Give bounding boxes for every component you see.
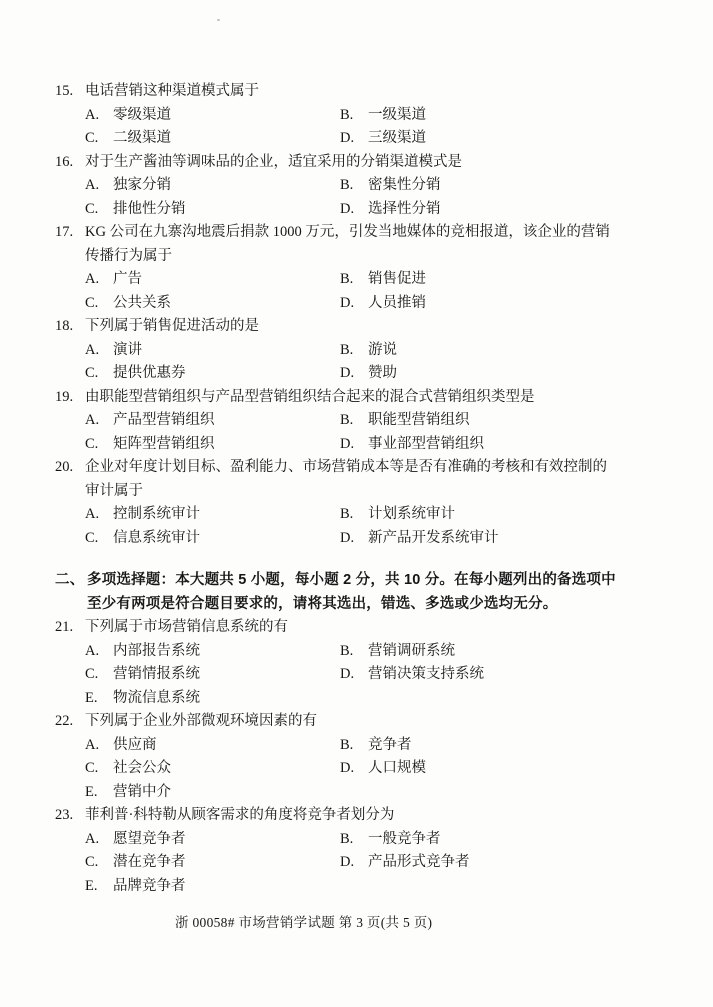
option-a: A.独家分销 (85, 174, 340, 198)
option-text: 计划系统审计 (368, 503, 675, 527)
option-b: B.密集性分销 (340, 174, 675, 198)
question-text: 企业对年度计划目标、盈利能力、市场营销成本等是否有准确的考核和有效控制的 (85, 456, 675, 480)
option-text: 赞助 (368, 362, 675, 386)
option-text: 销售促进 (368, 268, 675, 292)
question-line: 18. 下列属于销售促进活动的是 (55, 315, 675, 339)
option-d: D.事业部型营销组织 (340, 433, 675, 457)
scan-artifact (217, 19, 220, 21)
option-e: E.物流信息系统 (85, 687, 340, 711)
option-list: A.愿望竞争者 B.一般竞争者 C.潜在竞争者 D.产品形式竞争者 E.品牌竞争… (85, 828, 675, 899)
option-label: B. (340, 339, 368, 363)
option-label: A. (85, 409, 113, 433)
option-c: C.矩阵型营销组织 (85, 433, 340, 457)
option-label: D. (340, 663, 368, 687)
exam-page: 15. 电话营销这种渠道模式属于 A.零级渠道 B.一级渠道 C.二级渠道 D.… (0, 0, 713, 1007)
option-a: A.控制系统审计 (85, 503, 340, 527)
option-b: B.竞争者 (340, 734, 675, 758)
question-text: 下列属于企业外部微观环境因素的有 (85, 710, 675, 734)
question-number: 21. (55, 616, 85, 640)
question-22: 22. 下列属于企业外部微观环境因素的有 A.供应商 B.竞争者 C.社会公众 … (55, 710, 675, 804)
option-label: E. (85, 687, 113, 711)
option-a: A.内部报告系统 (85, 640, 340, 664)
option-c: C.社会公众 (85, 757, 340, 781)
option-label: B. (340, 503, 368, 527)
page-footer: 浙 00058# 市场营销学试题 第 3 页(共 5 页) (175, 911, 432, 935)
question-text: 对于生产酱油等调味品的企业，适宜采用的分销渠道模式是 (85, 151, 675, 175)
question-text: 由职能型营销组织与产品型营销组织结合起来的混合式营销组织类型是 (85, 386, 675, 410)
question-number: 19. (55, 386, 85, 410)
option-e: E.品牌竞争者 (85, 875, 340, 899)
option-d: D.产品形式竞争者 (340, 851, 675, 875)
option-label: C. (85, 663, 113, 687)
option-label: A. (85, 174, 113, 198)
question-line: 16. 对于生产酱油等调味品的企业，适宜采用的分销渠道模式是 (55, 151, 675, 175)
question-line: 23. 菲利普·科特勒从顾客需求的角度将竞争者划分为 (55, 804, 675, 828)
question-line: 20. 企业对年度计划目标、盈利能力、市场营销成本等是否有准确的考核和有效控制的 (55, 456, 675, 480)
question-23: 23. 菲利普·科特勒从顾客需求的角度将竞争者划分为 A.愿望竞争者 B.一般竞… (55, 804, 675, 898)
option-label: D. (340, 527, 368, 551)
option-d: D.人口规模 (340, 757, 675, 781)
option-label: A. (85, 339, 113, 363)
option-text: 愿望竞争者 (113, 828, 340, 852)
section-heading: 二、 多项选择题：本大题共 5 小题，每小题 2 分，共 10 分。在每小题列出… (55, 569, 675, 616)
option-text: 演讲 (113, 339, 340, 363)
option-text: 三级渠道 (368, 127, 675, 151)
option-text: 公共关系 (113, 292, 340, 316)
question-number: 20. (55, 456, 85, 480)
option-text: 竞争者 (368, 734, 675, 758)
option-text: 营销情报系统 (113, 663, 340, 687)
option-text: 营销调研系统 (368, 640, 675, 664)
option-list: A.产品型营销组织 B.职能型营销组织 C.矩阵型营销组织 D.事业部型营销组织 (85, 409, 675, 456)
option-text: 广告 (113, 268, 340, 292)
question-text: 菲利普·科特勒从顾客需求的角度将竞争者划分为 (85, 804, 675, 828)
option-e: E.营销中介 (85, 781, 340, 805)
option-b: B.职能型营销组织 (340, 409, 675, 433)
option-text: 营销决策支持系统 (368, 663, 675, 687)
question-number: 16. (55, 151, 85, 175)
option-label: B. (340, 174, 368, 198)
option-c: C.公共关系 (85, 292, 340, 316)
question-number: 15. (55, 80, 85, 104)
option-d: D.选择性分销 (340, 198, 675, 222)
option-text: 控制系统审计 (113, 503, 340, 527)
option-list: A.独家分销 B.密集性分销 C.排他性分销 D.选择性分销 (85, 174, 675, 221)
option-label: E. (85, 781, 113, 805)
option-text: 密集性分销 (368, 174, 675, 198)
option-d: D.新产品开发系统审计 (340, 527, 675, 551)
option-text: 营销中介 (113, 781, 340, 805)
option-b: B.销售促进 (340, 268, 675, 292)
question-15: 15. 电话营销这种渠道模式属于 A.零级渠道 B.一级渠道 C.二级渠道 D.… (55, 80, 675, 151)
option-label: D. (340, 757, 368, 781)
option-d: D.人员推销 (340, 292, 675, 316)
option-text: 人员推销 (368, 292, 675, 316)
option-text: 产品型营销组织 (113, 409, 340, 433)
option-a: A.零级渠道 (85, 104, 340, 128)
option-label: B. (340, 409, 368, 433)
question-text-continued: 审计属于 (55, 480, 675, 504)
option-text: 产品形式竞争者 (368, 851, 675, 875)
option-label: D. (340, 127, 368, 151)
section-number: 二、 (55, 569, 87, 593)
option-label: C. (85, 527, 113, 551)
question-19: 19. 由职能型营销组织与产品型营销组织结合起来的混合式营销组织类型是 A.产品… (55, 386, 675, 457)
option-c: C.排他性分销 (85, 198, 340, 222)
option-text: 排他性分销 (113, 198, 340, 222)
option-c: C.营销情报系统 (85, 663, 340, 687)
option-text: 社会公众 (113, 757, 340, 781)
option-label: E. (85, 875, 113, 899)
option-list: A.零级渠道 B.一级渠道 C.二级渠道 D.三级渠道 (85, 104, 675, 151)
option-text: 物流信息系统 (113, 687, 340, 711)
option-text: 独家分销 (113, 174, 340, 198)
question-line: 22. 下列属于企业外部微观环境因素的有 (55, 710, 675, 734)
question-number: 17. (55, 221, 85, 245)
option-label: D. (340, 292, 368, 316)
section-heading-text: 多项选择题：本大题共 5 小题，每小题 2 分，共 10 分。在每小题列出的备选… (87, 569, 675, 593)
question-text: 下列属于销售促进活动的是 (85, 315, 675, 339)
option-label: D. (340, 433, 368, 457)
question-line: 19. 由职能型营销组织与产品型营销组织结合起来的混合式营销组织类型是 (55, 386, 675, 410)
option-a: A.演讲 (85, 339, 340, 363)
option-c: C.二级渠道 (85, 127, 340, 151)
option-b: B.营销调研系统 (340, 640, 675, 664)
option-a: A.产品型营销组织 (85, 409, 340, 433)
question-20: 20. 企业对年度计划目标、盈利能力、市场营销成本等是否有准确的考核和有效控制的… (55, 456, 675, 550)
option-text: 人口规模 (368, 757, 675, 781)
option-label: C. (85, 851, 113, 875)
option-text: 二级渠道 (113, 127, 340, 151)
option-label: A. (85, 503, 113, 527)
option-text: 提供优惠券 (113, 362, 340, 386)
option-text: 一般竞争者 (368, 828, 675, 852)
option-label: C. (85, 757, 113, 781)
option-label: A. (85, 268, 113, 292)
option-d: D.赞助 (340, 362, 675, 386)
option-a: A.广告 (85, 268, 340, 292)
option-label: C. (85, 127, 113, 151)
option-label: A. (85, 104, 113, 128)
question-16: 16. 对于生产酱油等调味品的企业，适宜采用的分销渠道模式是 A.独家分销 B.… (55, 151, 675, 222)
option-b: B.游说 (340, 339, 675, 363)
option-label: A. (85, 828, 113, 852)
option-b: B.一级渠道 (340, 104, 675, 128)
option-text: 信息系统审计 (113, 527, 340, 551)
option-label: B. (340, 104, 368, 128)
option-list: A.内部报告系统 B.营销调研系统 C.营销情报系统 D.营销决策支持系统 E.… (85, 640, 675, 711)
option-text: 矩阵型营销组织 (113, 433, 340, 457)
question-21: 21. 下列属于市场营销信息系统的有 A.内部报告系统 B.营销调研系统 C.营… (55, 616, 675, 710)
option-text: 事业部型营销组织 (368, 433, 675, 457)
option-label: B. (340, 734, 368, 758)
option-d: D.营销决策支持系统 (340, 663, 675, 687)
option-label: A. (85, 734, 113, 758)
option-text: 潜在竞争者 (113, 851, 340, 875)
question-text-continued: 传播行为属于 (55, 245, 675, 269)
option-text: 内部报告系统 (113, 640, 340, 664)
option-text: 选择性分销 (368, 198, 675, 222)
question-18: 18. 下列属于销售促进活动的是 A.演讲 B.游说 C.提供优惠券 D.赞助 (55, 315, 675, 386)
option-label: C. (85, 362, 113, 386)
option-b: B.计划系统审计 (340, 503, 675, 527)
question-text: KG 公司在九寨沟地震后捐款 1000 万元，引发当地媒体的竞相报道，该企业的营… (85, 221, 675, 245)
option-list: A.广告 B.销售促进 C.公共关系 D.人员推销 (85, 268, 675, 315)
question-number: 23. (55, 804, 85, 828)
option-list: A.控制系统审计 B.计划系统审计 C.信息系统审计 D.新产品开发系统审计 (85, 503, 675, 550)
option-label: D. (340, 362, 368, 386)
option-a: A.供应商 (85, 734, 340, 758)
option-label: C. (85, 292, 113, 316)
option-text: 新产品开发系统审计 (368, 527, 675, 551)
exam-content: 15. 电话营销这种渠道模式属于 A.零级渠道 B.一级渠道 C.二级渠道 D.… (0, 0, 713, 898)
question-line: 21. 下列属于市场营销信息系统的有 (55, 616, 675, 640)
option-list: A.供应商 B.竞争者 C.社会公众 D.人口规模 E.营销中介 (85, 734, 675, 805)
question-number: 22. (55, 710, 85, 734)
option-b: B.一般竞争者 (340, 828, 675, 852)
option-text: 供应商 (113, 734, 340, 758)
option-label: B. (340, 828, 368, 852)
question-line: 17. KG 公司在九寨沟地震后捐款 1000 万元，引发当地媒体的竞相报道，该… (55, 221, 675, 245)
option-label: B. (340, 640, 368, 664)
option-a: A.愿望竞争者 (85, 828, 340, 852)
option-label: D. (340, 198, 368, 222)
option-c: C.信息系统审计 (85, 527, 340, 551)
question-text: 下列属于市场营销信息系统的有 (85, 616, 675, 640)
option-text: 职能型营销组织 (368, 409, 675, 433)
option-d: D.三级渠道 (340, 127, 675, 151)
option-label: D. (340, 851, 368, 875)
option-label: C. (85, 433, 113, 457)
option-c: C.潜在竞争者 (85, 851, 340, 875)
option-text: 零级渠道 (113, 104, 340, 128)
option-text: 游说 (368, 339, 675, 363)
option-text: 一级渠道 (368, 104, 675, 128)
option-c: C.提供优惠券 (85, 362, 340, 386)
option-label: B. (340, 268, 368, 292)
option-list: A.演讲 B.游说 C.提供优惠券 D.赞助 (85, 339, 675, 386)
question-number: 18. (55, 315, 85, 339)
option-label: C. (85, 198, 113, 222)
option-label: A. (85, 640, 113, 664)
section-heading-line: 二、 多项选择题：本大题共 5 小题，每小题 2 分，共 10 分。在每小题列出… (55, 569, 675, 593)
question-17: 17. KG 公司在九寨沟地震后捐款 1000 万元，引发当地媒体的竞相报道，该… (55, 221, 675, 315)
option-text: 品牌竞争者 (113, 875, 340, 899)
section-heading-text-continued: 至少有两项是符合题目要求的，请将其选出，错选、多选或少选均无分。 (55, 593, 675, 617)
question-line: 15. 电话营销这种渠道模式属于 (55, 80, 675, 104)
question-text: 电话营销这种渠道模式属于 (85, 80, 675, 104)
